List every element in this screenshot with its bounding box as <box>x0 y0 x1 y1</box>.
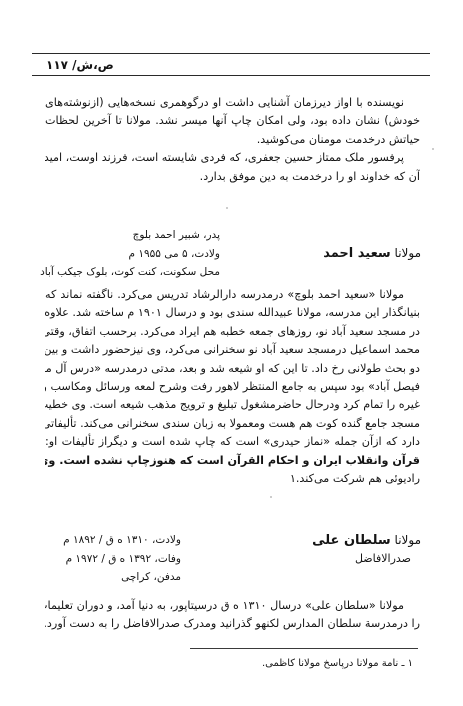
meta-death: وفات، ۱۳۹۲ ه ق / ۱۹۷۲ م <box>63 550 181 569</box>
entry-body-sultan-ali: مولانا «سلطان علی» درسال ۱۳۱۰ ه ق درسیتا… <box>45 597 420 634</box>
entry-subtitle-sultan-ali: صدرالافاضل <box>355 550 411 568</box>
text-line: بنیانگذار این مدرسه، مولانا عبیدالله سند… <box>45 304 420 322</box>
text-line: مولانا «سعید احمد بلوچ» درمدرسه دارالرشا… <box>45 286 420 304</box>
text-line: در مسجد سعید آباد نو، روزهای جمعه خطبه ه… <box>45 323 420 341</box>
entry-title-prefix: مولانا <box>395 533 421 547</box>
entry-meta-sultan-ali: ولادت، ۱۳۱۰ ه ق / ۱۸۹۲ م وفات، ۱۳۹۲ ه ق … <box>63 531 181 587</box>
text-line: را درمدرسة سلطان المدارس لکنهو گذرانید و… <box>45 615 420 633</box>
running-head: ص،ش/ ۱۱۷ <box>46 57 114 73</box>
meta-birth: ولادت، ۵ می ۱۹۵۵ م <box>40 245 220 264</box>
entry-title-sultan-ali: مولانا سلطان علی <box>312 531 421 550</box>
text-line: غیره را تمام کرد ودرحال حاضرمشغول تبلیغ … <box>45 396 420 414</box>
text-line: رادیوئی هم شرکت می‌کند.۱ <box>45 470 420 488</box>
text-line: پرفسور ملک ممتاز حسین جعفری، که فردی شای… <box>45 149 420 167</box>
intro-paragraph: نویسنده با اواز دیرزمان آشنایی داشت او د… <box>45 94 420 186</box>
book-page: ص،ش/ ۱۱۷ نویسنده با اواز دیرزمان آشنایی … <box>0 0 463 706</box>
text-line: مولانا «سلطان علی» درسال ۱۳۱۰ ه ق درسیتا… <box>45 597 420 615</box>
meta-burial: مدفن، کراچی <box>63 568 181 587</box>
meta-residence: محل سکونت، کنت کوت، بلوک جیکب آباد <box>40 263 220 282</box>
text-line: نویسنده با اواز دیرزمان آشنایی داشت او د… <box>45 94 420 112</box>
text-line: دارد که ازآن جمله «نماز حیدری» است که چا… <box>45 433 420 451</box>
header-rule-bottom <box>32 75 430 76</box>
text-line: محمد اسماعیل درمسجد سعید آباد نو سخنرانی… <box>45 341 420 359</box>
text-line: حیاتش درخدمت مومنان می‌کوشید. <box>45 131 420 149</box>
entry-title-name: سلطان علی <box>312 533 391 548</box>
text-line: آن که خداوند او را درخدمت به دین موفق بد… <box>45 168 420 186</box>
scan-speck <box>226 207 228 209</box>
text-line: خودش) نشان داده بود، ولی امکان چاپ آنها … <box>45 112 420 130</box>
entry-meta-saeed-ahmad: پدر، شبیر احمد بلوچ ولادت، ۵ می ۱۹۵۵ م م… <box>40 226 220 282</box>
text-line: دو بحث طولانی رخ داد. تا این که او شیعه … <box>45 360 420 378</box>
text-line: فیصل آباد» بود سپس به جامع المنتظر لاهور… <box>45 378 420 396</box>
entry-title-name: سعید احمد <box>323 246 391 261</box>
footnote: ۱ ـ نامة مولانا درپاسخ مولانا کاظمی. <box>262 657 413 671</box>
scan-speck <box>270 496 272 498</box>
text-line: مسجد جامع گنده کوت هم هست ومعمولا به زبا… <box>45 415 420 433</box>
header-rule-top <box>32 53 430 54</box>
entry-title-saeed-ahmad: مولانا سعید احمد <box>323 244 421 263</box>
entry-body-saeed-ahmad: مولانا «سعید احمد بلوچ» درمدرسه دارالرشا… <box>45 286 420 488</box>
meta-father: پدر، شبیر احمد بلوچ <box>40 226 220 245</box>
scan-speck <box>432 148 434 150</box>
entry-title-prefix: مولانا <box>395 246 421 260</box>
footnote-rule <box>190 648 418 649</box>
text-line: قرآن وانقلاب ایران و احکام القرآن است که… <box>45 452 420 470</box>
meta-birth: ولادت، ۱۳۱۰ ه ق / ۱۸۹۲ م <box>63 531 181 550</box>
